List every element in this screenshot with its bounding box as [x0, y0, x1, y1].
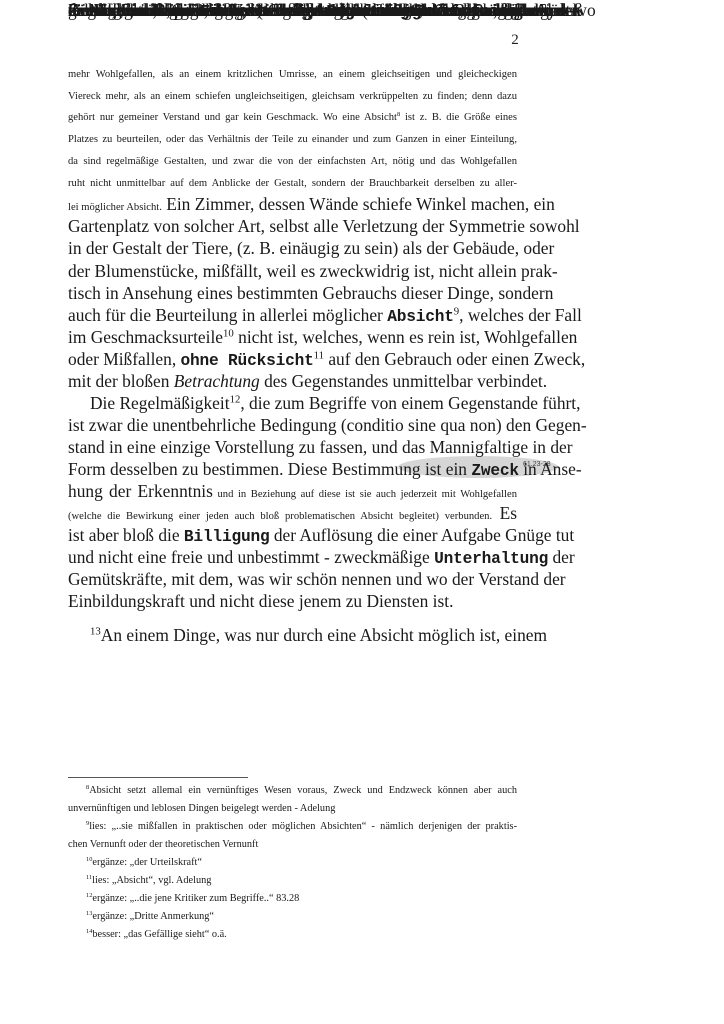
body-line: (welche die Bewirkung einer jeden auch b… [68, 503, 517, 524]
body-line: stand in eine einzige Vorstellung zu fas… [68, 437, 517, 458]
body-line: ruht nicht unmittelbar auf dem Anblicke … [68, 178, 517, 189]
body-line: Form desselben zu bestimmen. Diese Besti… [68, 459, 517, 480]
body-line: der Blumenstücke, mißfällt, weil es zwec… [68, 261, 517, 282]
footnote-ref[interactable]: 12 [230, 393, 241, 405]
body-line: Gartenplatz von solcher Art, selbst alle… [68, 216, 517, 237]
footnote-14: 14besser: „das Gefällige sieht“ o.ä. [68, 929, 517, 940]
body-line: im Geschmacksurteile10 nicht ist, welche… [68, 327, 517, 348]
body-line: da sind regelmäßige Gestalten, und zwar … [68, 156, 517, 167]
footnote-8-cont: unvernünftigen und leblosen Dingen beige… [68, 803, 517, 814]
body-line: gehört nur gemeiner Verstand und gar kei… [68, 112, 517, 123]
body-line: Die Regelmäßigkeit12, die zum Begriffe v… [68, 393, 517, 414]
highlighted-word[interactable]: Unterhaltung [434, 550, 548, 568]
body-line: hung der Erkenntnis und in Beziehung auf… [68, 481, 517, 502]
body-line: auch für die Beurteilung in allerlei mög… [68, 305, 517, 326]
body-line: und nicht eine freie und unbestimmt - zw… [68, 547, 517, 568]
body-line: mehr Wohlgefallen, als an einem kritzlic… [68, 69, 517, 80]
footnote-ref[interactable]: 11 [314, 349, 324, 361]
page-number: 2 [500, 32, 530, 49]
body-line: Einbildungskraft und nicht diese jenem z… [68, 591, 517, 612]
footnote-9-cont: chen Vernunft oder der theoretischen Ver… [68, 839, 517, 850]
body-line: in der Gestalt der Tiere, (z. B. einäugi… [68, 238, 517, 259]
footnote-10: 10ergänze: „der Urteilskraft“ [68, 857, 517, 868]
body-line: Gemütskräfte, mit dem, was wir schön nen… [68, 569, 517, 590]
body-line: oder Mißfallen, ohne Rücksicht11 auf den… [68, 349, 517, 370]
body-line: lei möglicher Absicht. Ein Zimmer, desse… [68, 194, 517, 215]
body-line: tisch in Ansehung eines bestimmten Gebra… [68, 283, 517, 304]
body-line: Platzes zu beurteilen, oder das Verhältn… [68, 134, 517, 145]
footnote-12: 12ergänze: „..die jene Kritiker zum Begr… [68, 893, 517, 904]
footnote-13: 13ergänze: „Dritte Anmerkung“ [68, 911, 517, 922]
body-line: 13An einem Dinge, was nur durch eine Abs… [68, 625, 517, 646]
footnote-ref[interactable]: 13 [90, 625, 101, 637]
footnote-11: 11lies: „Absicht“, vgl. Adelung [68, 875, 517, 886]
footnote-rule [68, 777, 248, 778]
footnote-9: 9lies: „..sie mißfallen in praktischen o… [68, 821, 517, 832]
body-line: Alles steif-regelmäßige (was der mathema… [68, 0, 517, 21]
body-line: ist zwar die unentbehrliche Bedingung (c… [68, 415, 517, 436]
footnote-8: 8Absicht setzt allemal ein vernünftiges … [68, 785, 517, 796]
body-line: ist aber bloß die Billigung der Auflösun… [68, 525, 517, 546]
footnote-ref[interactable]: 10 [223, 327, 234, 339]
body-line: mit der bloßen Betrachtung des Gegenstan… [68, 371, 517, 392]
body-line: Viereck mehr, als an einem schiefen ungl… [68, 91, 517, 102]
